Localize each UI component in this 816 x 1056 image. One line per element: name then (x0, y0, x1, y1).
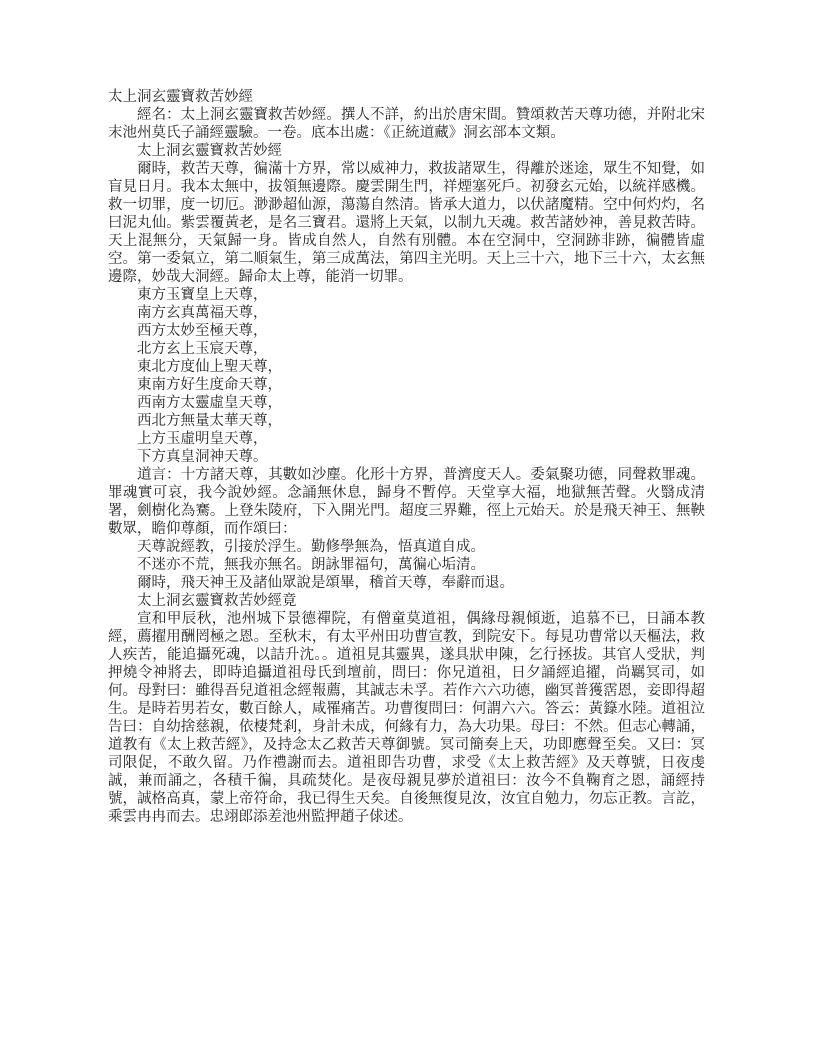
verse-line: 上方玉虛明皇天尊， (108, 430, 705, 448)
verse-line: 西北方無量太華天尊， (108, 412, 705, 430)
text-paragraph: 爾時，救苦天尊，徧滿十方界，常以威神力，救拔諸眾生，得離於迷途，眾生不知覺，如盲… (108, 160, 705, 286)
verse-line: 東方玉寶皇上天尊， (108, 286, 705, 304)
verse-line: 下方真皇洞神天尊。 (108, 448, 705, 466)
verse-line: 天尊說經教，引接於浮生。勤修學無為，悟真道自成。 (108, 538, 705, 556)
verse-line: 北方玄上玉宸天尊， (108, 340, 705, 358)
verse-line: 南方玄真萬福天尊， (108, 304, 705, 322)
text-paragraph: 爾時，飛天神王及諸仙眾說是頌畢，稽首天尊，奉辭而退。 (108, 574, 705, 592)
scripture-heading: 太上洞玄靈寶救苦妙經 (108, 142, 705, 160)
scripture-closing: 太上洞玄靈寶救苦妙經竟 (108, 592, 705, 610)
verse-line: 西南方太靈虛皇天尊， (108, 394, 705, 412)
verse-line: 東北方度仙上聖天尊， (108, 358, 705, 376)
verse-line: 東南方好生度命天尊， (108, 376, 705, 394)
text-paragraph: 宣和甲辰秋，池州城下景德禪院，有僧童莫道祖，偶緣母親傾逝，追慕不已，日誦本教經，… (108, 610, 705, 826)
document-body: 太上洞玄靈寶救苦妙經經名：太上洞玄靈寶救苦妙經。撰人不詳，約出於唐宋間。贊頌救苦… (108, 88, 705, 826)
text-paragraph: 道言：十方諸天尊，其數如沙塵。化形十方界，普濟度天人。委氣聚功德，同聲救罪魂。罪… (108, 466, 705, 538)
document-title: 太上洞玄靈寶救苦妙經 (108, 88, 705, 106)
verse-line: 西方太妙至極天尊， (108, 322, 705, 340)
verse-line: 不迷亦不荒，無我亦無名。朗詠罪福句，萬徧心垢清。 (108, 556, 705, 574)
text-paragraph: 經名：太上洞玄靈寶救苦妙經。撰人不詳，約出於唐宋間。贊頌救苦天尊功德，并附北宋末… (108, 106, 705, 142)
document-page: 太上洞玄靈寶救苦妙經經名：太上洞玄靈寶救苦妙經。撰人不詳，約出於唐宋間。贊頌救苦… (108, 88, 705, 826)
